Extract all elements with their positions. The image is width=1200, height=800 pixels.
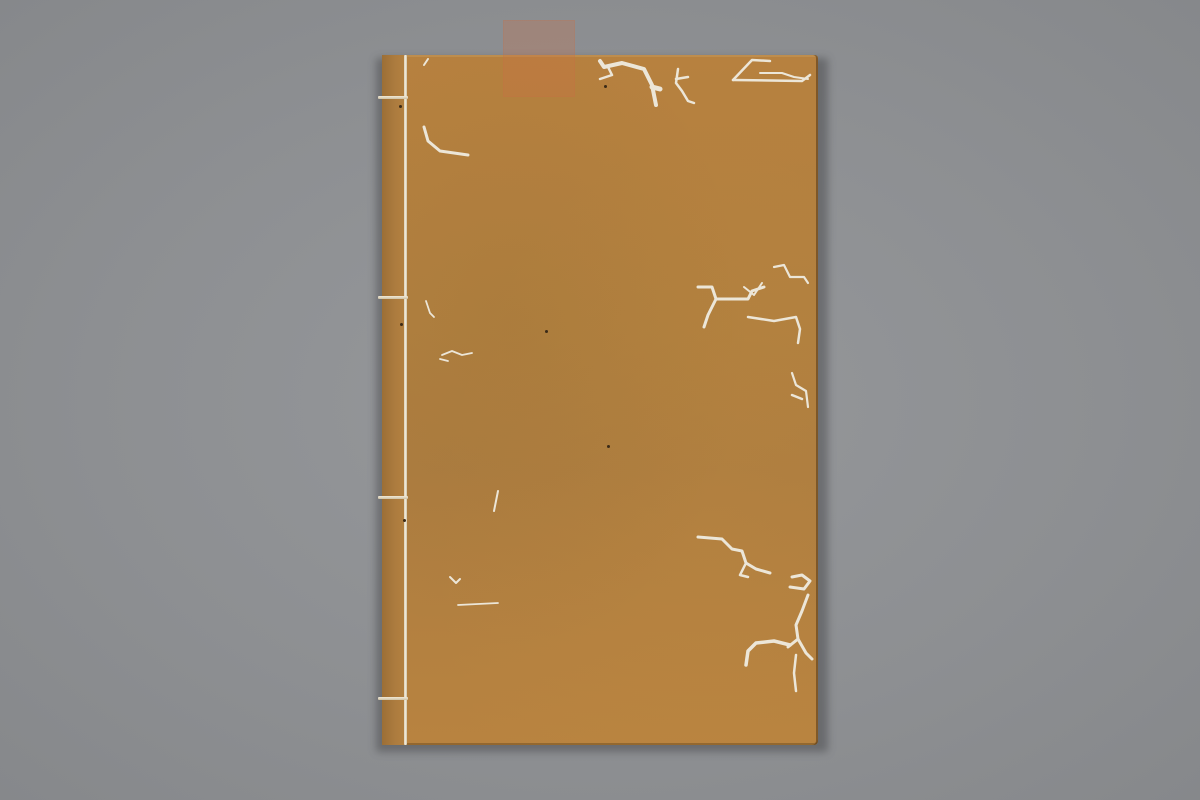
speck: [400, 323, 403, 326]
speck: [545, 330, 548, 333]
stitch-3: [378, 496, 408, 499]
spine-edge: [382, 55, 406, 745]
speck: [399, 105, 402, 108]
speck: [403, 519, 406, 522]
label-tag: [503, 20, 575, 97]
speck: [604, 85, 607, 88]
stitch-2: [378, 296, 408, 299]
book-cover: [382, 55, 818, 745]
stitch-1: [378, 96, 408, 99]
binding-thread: [404, 55, 407, 745]
speck: [607, 445, 610, 448]
stitch-4: [378, 697, 408, 700]
wormhole-damage: [382, 55, 818, 745]
